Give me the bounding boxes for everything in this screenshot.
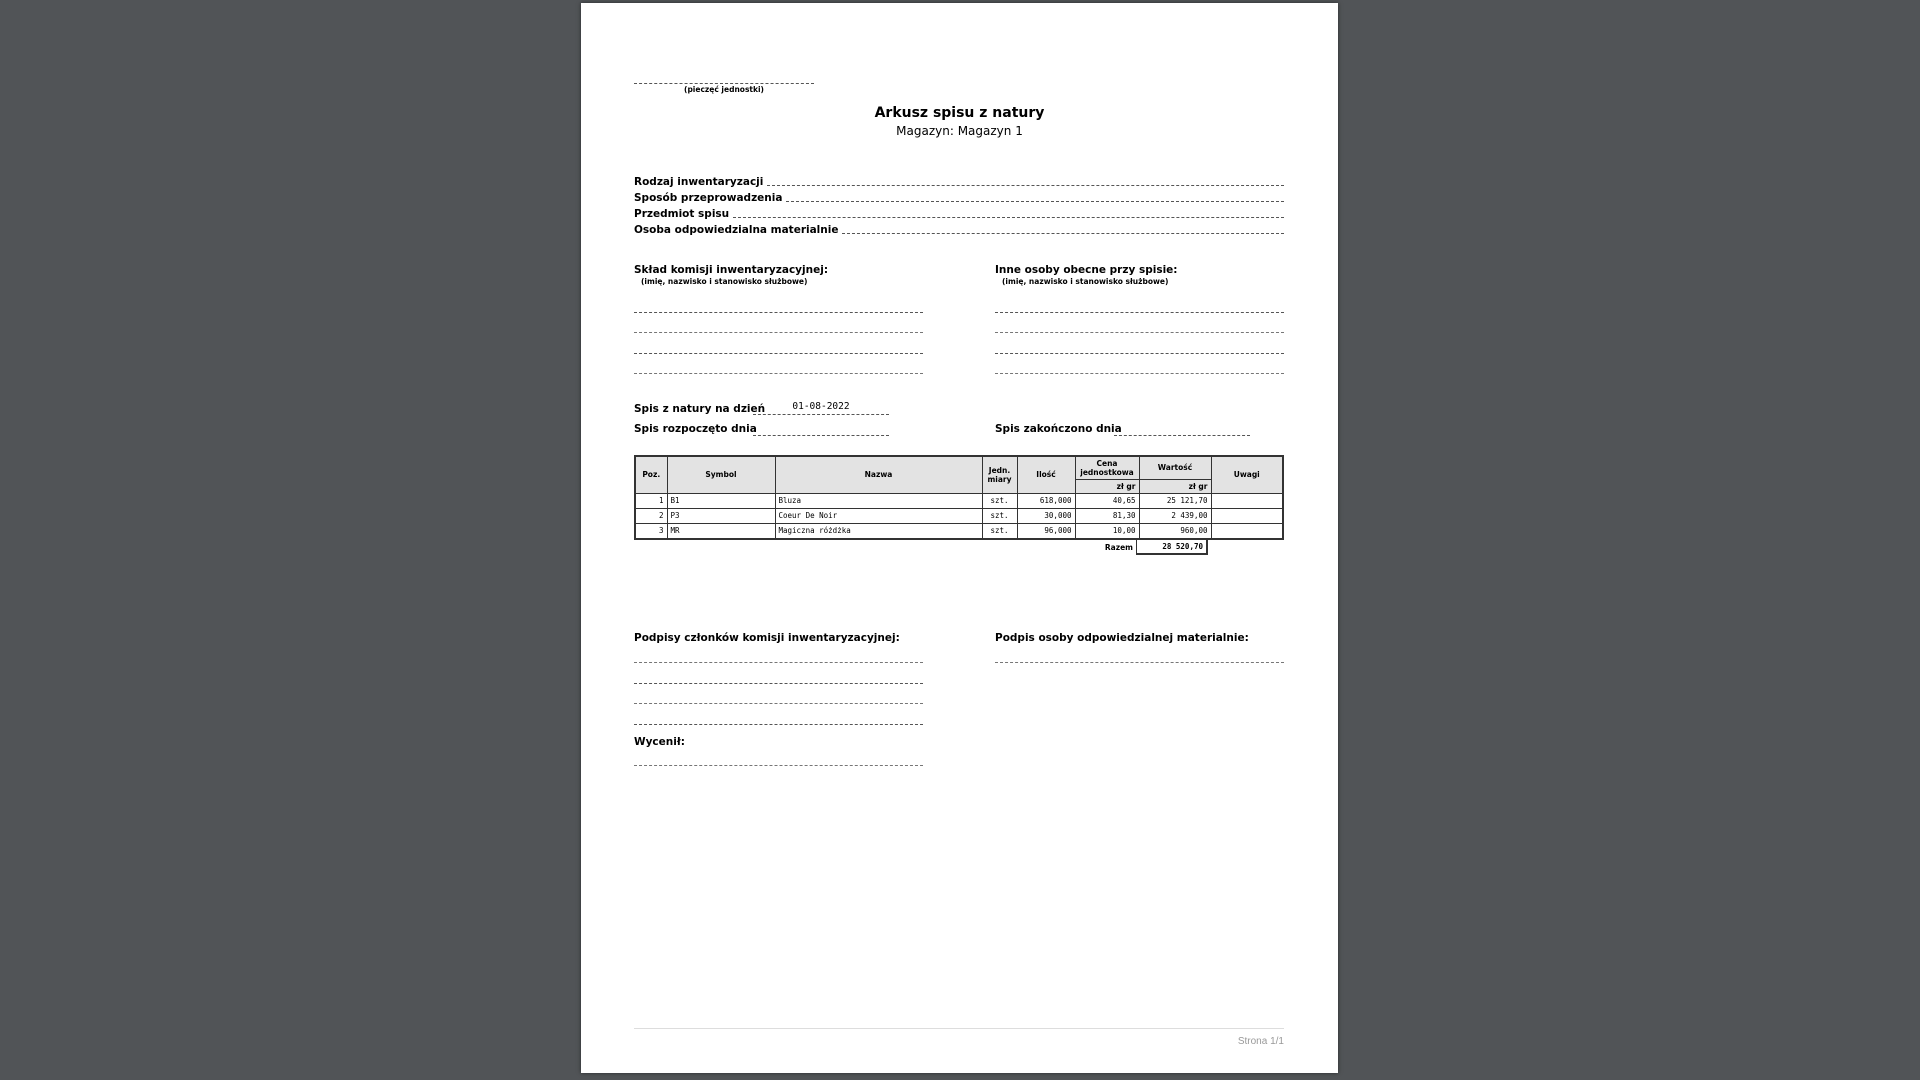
field-blank (786, 201, 1284, 202)
as-of-date-label: Spis z natury na dzień (634, 403, 765, 415)
cell-qty: 618,000 (1017, 493, 1075, 508)
committee-line-3 (634, 353, 923, 354)
cell-symbol: P3 (667, 508, 775, 523)
document-title: Arkusz spisu z natury (581, 105, 1338, 121)
cell-name: Bluza (775, 493, 982, 508)
col-subheader-currency: zł gr (1139, 479, 1211, 493)
committee-signature-line-3 (634, 703, 923, 704)
responsible-signature-title: Podpis osoby odpowiedzialnej materialnie… (995, 632, 1249, 644)
end-date-label: Spis zakończono dnia (995, 423, 1122, 435)
stamp-line (634, 83, 814, 84)
committee-line-1 (634, 312, 923, 313)
field-responsible-person: Osoba odpowiedzialna materialnie (634, 222, 1284, 236)
col-header-value: Wartość (1139, 456, 1211, 479)
cell-symbol: MR (667, 523, 775, 539)
warehouse-subtitle: Magazyn: Magazyn 1 (581, 124, 1338, 138)
priced-by-label: Wycenił: (634, 736, 685, 748)
cell-qty: 96,000 (1017, 523, 1075, 539)
total-label: Razem (1072, 540, 1136, 555)
page-number: Strona 1/1 (634, 1036, 1284, 1047)
cell-unit: szt. (982, 493, 1017, 508)
field-label: Sposób przeprowadzenia (634, 192, 786, 204)
field-blank (767, 185, 1284, 186)
cell-value: 2 439,00 (1139, 508, 1211, 523)
field-method: Sposób przeprowadzenia (634, 190, 1284, 204)
cell-symbol: B1 (667, 493, 775, 508)
cell-pos: 3 (635, 523, 667, 539)
cell-unit: szt. (982, 523, 1017, 539)
cell-value: 960,00 (1139, 523, 1211, 539)
table-row: 3 MR Magiczna różdżka szt. 96,000 10,00 … (635, 523, 1283, 539)
others-line-2 (995, 332, 1284, 333)
committee-signature-line-2 (634, 683, 923, 684)
committee-signature-line-4 (634, 724, 923, 725)
responsible-signature-line (995, 662, 1284, 663)
field-blank (733, 217, 1284, 218)
cell-notes (1211, 523, 1283, 539)
committee-subtitle: (imię, nazwisko i stanowisko służbowe) (641, 277, 807, 286)
col-header-symbol: Symbol (667, 456, 775, 493)
field-label: Rodzaj inwentaryzacji (634, 176, 767, 188)
col-header-unit: Jedn. miary (982, 456, 1017, 493)
col-header-pos: Poz. (635, 456, 667, 493)
cell-unit-price: 81,30 (1075, 508, 1139, 523)
col-subheader-currency: zł gr (1075, 479, 1139, 493)
table-row: 2 P3 Coeur De Noir szt. 30,000 81,30 2 4… (635, 508, 1283, 523)
total-value: 28 520,70 (1136, 539, 1208, 555)
field-label: Przedmiot spisu (634, 208, 733, 220)
others-line-3 (995, 353, 1284, 354)
committee-signature-line-1 (634, 662, 923, 663)
field-label: Osoba odpowiedzialna materialnie (634, 224, 842, 236)
cell-unit-price: 10,00 (1075, 523, 1139, 539)
cell-pos: 1 (635, 493, 667, 508)
as-of-date-value: 01-08-2022 (753, 401, 889, 415)
cell-name: Coeur De Noir (775, 508, 982, 523)
others-title: Inne osoby obecne przy spisie: (995, 264, 1178, 276)
start-date-label: Spis rozpoczęto dnia (634, 423, 757, 435)
cell-notes (1211, 508, 1283, 523)
document-page: (pieczęć jednostki) Arkusz spisu z natur… (581, 3, 1338, 1073)
col-header-notes: Uwagi (1211, 456, 1283, 493)
cell-name: Magiczna różdżka (775, 523, 982, 539)
inventory-table: Poz. Symbol Nazwa Jedn. miary Ilość Cena… (634, 455, 1284, 540)
priced-by-line (634, 765, 923, 766)
col-header-unit-price: Cena jednostkowa (1075, 456, 1139, 479)
cell-notes (1211, 493, 1283, 508)
committee-signatures-title: Podpisy członków komisji inwentaryzacyjn… (634, 632, 900, 644)
start-date-value (753, 422, 889, 436)
cell-unit-price: 40,65 (1075, 493, 1139, 508)
cell-pos: 2 (635, 508, 667, 523)
committee-line-2 (634, 332, 923, 333)
others-subtitle: (imię, nazwisko i stanowisko służbowe) (1002, 277, 1168, 286)
others-line-4 (995, 373, 1284, 374)
cell-unit: szt. (982, 508, 1017, 523)
field-blank (842, 233, 1284, 234)
table-row: 1 B1 Bluza szt. 618,000 40,65 25 121,70 (635, 493, 1283, 508)
footer-divider (634, 1028, 1284, 1029)
stamp-label: (pieczęć jednostki) (634, 85, 814, 94)
col-header-qty: Ilość (1017, 456, 1075, 493)
committee-title: Skład komisji inwentaryzacyjnej: (634, 264, 828, 276)
committee-line-4 (634, 373, 923, 374)
field-subject: Przedmiot spisu (634, 206, 1284, 220)
others-line-1 (995, 312, 1284, 313)
cell-qty: 30,000 (1017, 508, 1075, 523)
cell-value: 25 121,70 (1139, 493, 1211, 508)
col-header-name: Nazwa (775, 456, 982, 493)
end-date-value (1114, 422, 1250, 436)
field-inventory-type: Rodzaj inwentaryzacji (634, 174, 1284, 188)
